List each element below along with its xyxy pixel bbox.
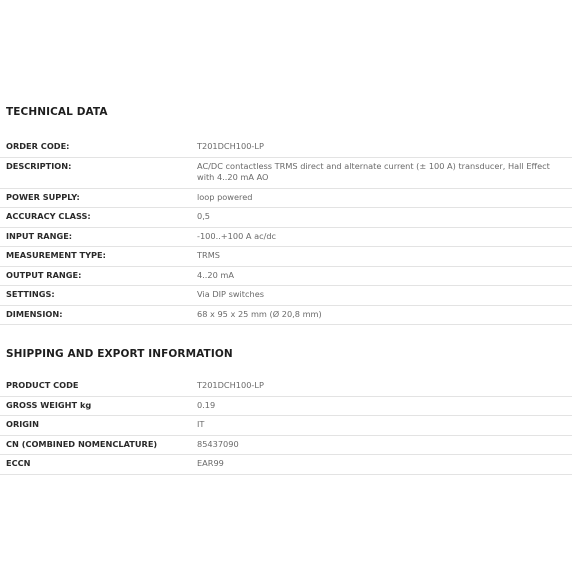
- row-value: 0.19: [197, 396, 572, 416]
- row-value: 68 x 95 x 25 mm (Ø 20,8 mm): [197, 305, 572, 325]
- row-value: IT: [197, 416, 572, 436]
- row-label: ACCURACY CLASS:: [0, 208, 197, 228]
- table-row-eccn: ECCN EAR99: [0, 455, 572, 475]
- row-value: T201DCH100-LP: [197, 377, 572, 396]
- shipping-export-table: PRODUCT CODE T201DCH100-LP GROSS WEIGHT …: [0, 377, 572, 475]
- table-row-power-supply: POWER SUPPLY: loop powered: [0, 188, 572, 208]
- table-row-dimension: DIMENSION: 68 x 95 x 25 mm (Ø 20,8 mm): [0, 305, 572, 325]
- table-row-settings: SETTINGS: Via DIP switches: [0, 286, 572, 306]
- row-value: TRMS: [197, 247, 572, 267]
- table-row-gross-weight: GROSS WEIGHT kg 0.19: [0, 396, 572, 416]
- row-label: SETTINGS:: [0, 286, 197, 306]
- row-label: POWER SUPPLY:: [0, 188, 197, 208]
- row-label: ORIGIN: [0, 416, 197, 436]
- row-value: 0,5: [197, 208, 572, 228]
- table-row-description: DESCRIPTION: AC/DC contactless TRMS dire…: [0, 157, 572, 188]
- row-value: -100..+100 A ac/dc: [197, 227, 572, 247]
- row-label: MEASUREMENT TYPE:: [0, 247, 197, 267]
- row-value: 4..20 mA: [197, 266, 572, 286]
- table-row-measurement-type: MEASUREMENT TYPE: TRMS: [0, 247, 572, 267]
- table-row-combined-nomenclature: CN (COMBINED NOMENCLATURE) 85437090: [0, 435, 572, 455]
- row-value: Via DIP switches: [197, 286, 572, 306]
- row-value: 85437090: [197, 435, 572, 455]
- row-label: DIMENSION:: [0, 305, 197, 325]
- table-row-output-range: OUTPUT RANGE: 4..20 mA: [0, 266, 572, 286]
- technical-data-table: ORDER CODE: T201DCH100-LP DESCRIPTION: A…: [0, 138, 572, 325]
- technical-data-heading: TECHNICAL DATA: [6, 106, 108, 118]
- shipping-export-heading: SHIPPING AND EXPORT INFORMATION: [6, 348, 233, 360]
- table-row-input-range: INPUT RANGE: -100..+100 A ac/dc: [0, 227, 572, 247]
- row-label: INPUT RANGE:: [0, 227, 197, 247]
- table-row-order-code: ORDER CODE: T201DCH100-LP: [0, 138, 572, 157]
- table-row-accuracy-class: ACCURACY CLASS: 0,5: [0, 208, 572, 228]
- row-label: OUTPUT RANGE:: [0, 266, 197, 286]
- row-label: DESCRIPTION:: [0, 157, 197, 188]
- row-value: EAR99: [197, 455, 572, 475]
- table-row-product-code: PRODUCT CODE T201DCH100-LP: [0, 377, 572, 396]
- row-label: CN (COMBINED NOMENCLATURE): [0, 435, 197, 455]
- row-label: PRODUCT CODE: [0, 377, 197, 396]
- row-value: T201DCH100-LP: [197, 138, 572, 157]
- row-label: ORDER CODE:: [0, 138, 197, 157]
- row-value: loop powered: [197, 188, 572, 208]
- row-label: ECCN: [0, 455, 197, 475]
- row-value: AC/DC contactless TRMS direct and altern…: [197, 157, 572, 188]
- row-label: GROSS WEIGHT kg: [0, 396, 197, 416]
- table-row-origin: ORIGIN IT: [0, 416, 572, 436]
